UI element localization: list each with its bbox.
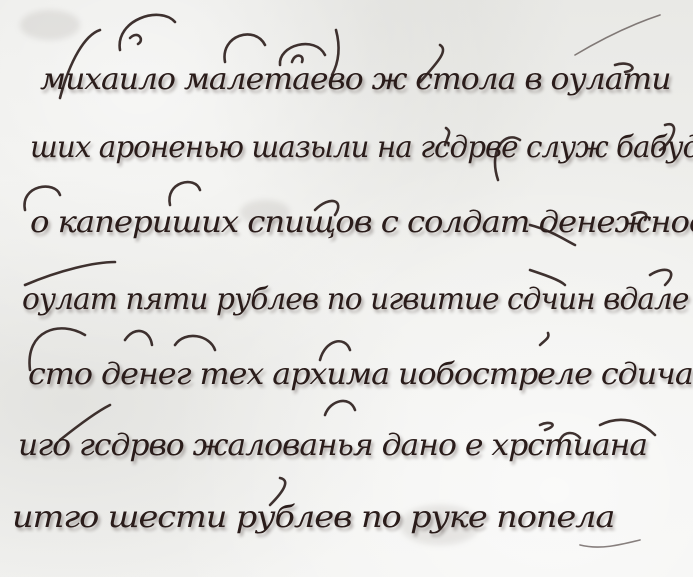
manuscript-line-5: сто денег тех архима иобостреле сдичаль	[28, 357, 693, 392]
manuscript-line-2: ших ароненью шазыли на гсдрве служ бабуд…	[30, 130, 693, 165]
paper-stain	[20, 10, 80, 40]
manuscript-line-3: о капериших спищов с солдат денежное	[30, 205, 693, 240]
manuscript-line-6: иго гсдрво жалованья дано е хрстиана	[18, 428, 647, 463]
manuscript-line-7: итго шести рублев по руке попела	[12, 500, 614, 535]
manuscript-line-4: оулат пяти рублев по игвитие сдчин вдале	[22, 282, 689, 317]
manuscript-line-1: михаило малетаево ж стола в оулати	[40, 62, 670, 97]
manuscript-page: михаило малетаево ж стола в оулати ших а…	[0, 0, 693, 577]
